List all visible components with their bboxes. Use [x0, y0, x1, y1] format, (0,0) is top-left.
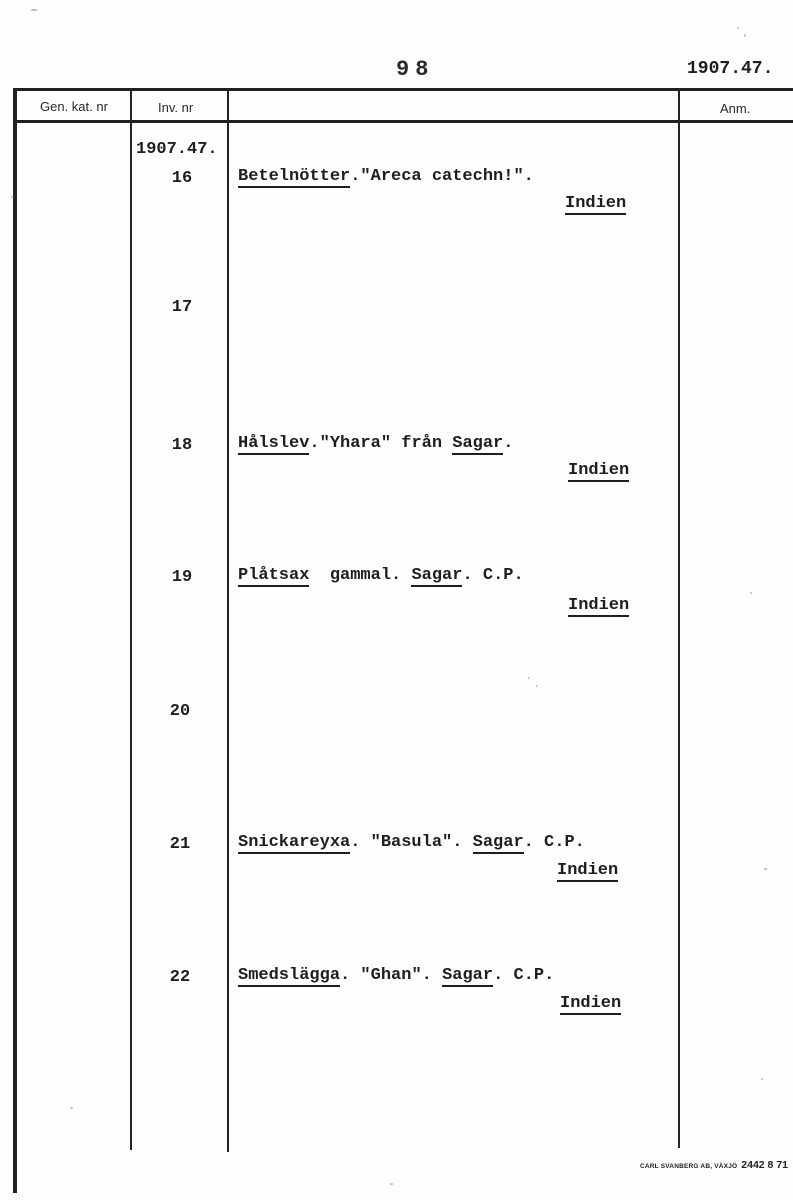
col-divider-desc-anm	[678, 88, 680, 1148]
item-origin-18: Indien	[568, 461, 629, 482]
item-desc-16: Betelnötter."Areca catechn!".	[238, 167, 534, 186]
column-header-inv-nr: Inv. nr	[158, 100, 193, 115]
inv-nr-22: 22	[160, 968, 200, 987]
column-header-gen-kat-nr: Gen. kat. nr	[40, 99, 108, 114]
scan-speck	[750, 592, 752, 594]
item-desc-19: Plåtsax gammal. Sagar. C.P.	[238, 566, 524, 585]
scan-speck	[70, 1107, 73, 1109]
inv-nr-16: 16	[162, 169, 202, 188]
scan-speck	[528, 677, 530, 679]
item-origin-21: Indien	[557, 861, 618, 882]
printer-name: CARL SVANBERG AB, VÄXJÖ	[640, 1163, 737, 1170]
inv-nr-17: 17	[162, 298, 202, 317]
scan-speck	[737, 27, 739, 29]
printer-code: 2442 8 71	[741, 1159, 788, 1171]
printer-mark: CARL SVANBERG AB, VÄXJÖ 2442 8 71	[640, 1159, 788, 1171]
item-desc-21: Snickareyxa. "Basula". Sagar. C.P.	[238, 833, 585, 852]
scan-speck	[390, 1183, 393, 1185]
group-label-catalog-year: 1907.47.	[136, 140, 218, 159]
scan-speck	[536, 685, 538, 687]
col-divider-genkat-inv	[130, 88, 132, 1150]
item-origin-22: Indien	[560, 994, 621, 1015]
scan-speck	[31, 9, 37, 11]
scan-speck	[764, 868, 767, 870]
item-desc-18: Hålslev."Yhara" från Sagar.	[238, 434, 513, 453]
scan-speck	[761, 1078, 763, 1080]
inv-nr-19: 19	[162, 568, 202, 587]
catalog-page: 98 1907.47. Gen. kat. nr Inv. nr Anm. 19…	[0, 0, 793, 1200]
inv-nr-20: 20	[160, 702, 200, 721]
column-header-anm: Anm.	[720, 101, 750, 116]
scan-speck	[11, 196, 14, 198]
catalog-year-header: 1907.47.	[687, 59, 773, 79]
item-origin-19: Indien	[568, 596, 629, 617]
left-border-rule	[13, 88, 17, 1193]
inv-nr-21: 21	[160, 835, 200, 854]
col-divider-inv-desc	[227, 88, 229, 1152]
scan-speck	[744, 34, 746, 37]
page-number: 98	[396, 57, 434, 82]
inv-nr-18: 18	[162, 436, 202, 455]
item-origin-16: Indien	[565, 194, 626, 215]
item-desc-22: Smedslägga. "Ghan". Sagar. C.P.	[238, 966, 554, 985]
